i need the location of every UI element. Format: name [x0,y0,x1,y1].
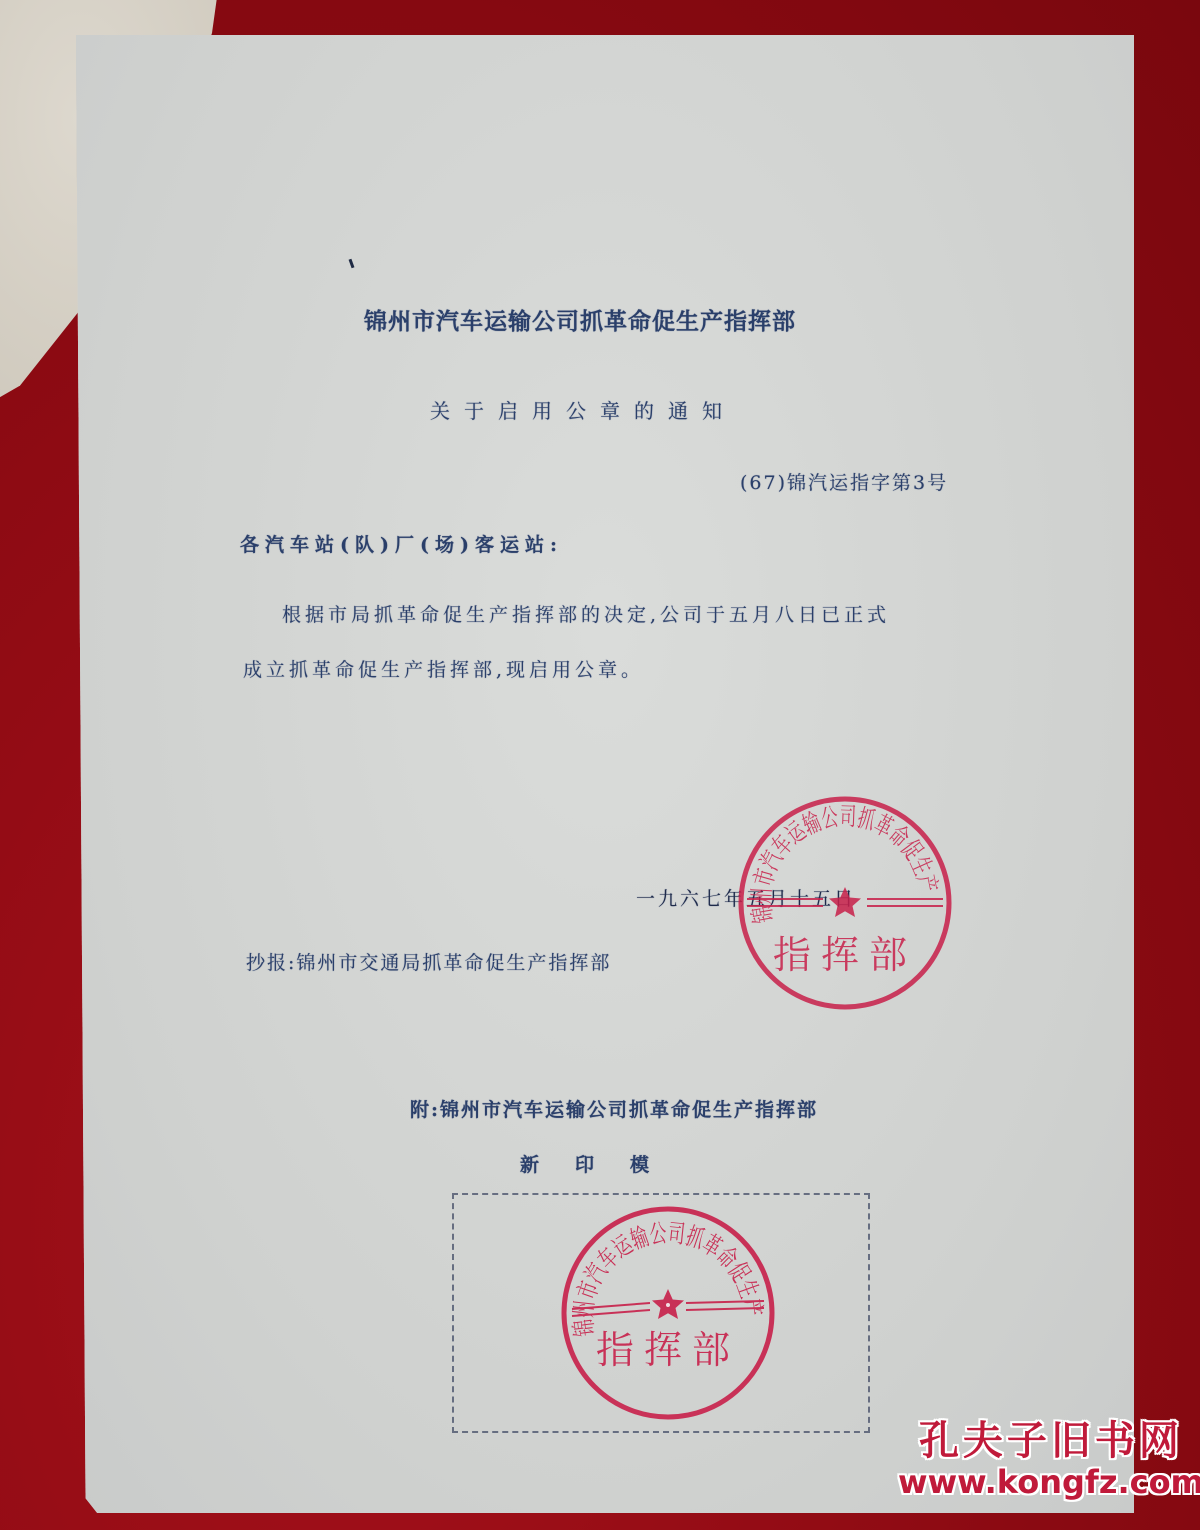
attachment-line: 附:锦州市汽车运输公司抓革命促生产指挥部 [410,1095,818,1122]
seal-sample-label: 新印模 [520,1150,685,1177]
seal-bottom-text: 指挥部 [773,933,917,977]
body-text-line-1: 根据市局抓革命促生产指挥部的决定,公司于五月八日已正式 [282,600,890,627]
seal-sample-impression: 锦州市汽车运输公司抓革命促生产 指挥部 [558,1203,778,1423]
seal-bottom-text: 指挥部 [596,1328,740,1372]
watermark-url: www.kongfz.com [898,1464,1200,1500]
cc-line: 抄报:锦州市交通局抓革命促生产指挥部 [246,948,611,975]
watermark-name: 孔夫子旧书网 [898,1418,1200,1464]
notice-title: 关于启用公章的通知 [430,395,736,424]
official-seal: 锦州市汽车运输公司抓革命促生产 指挥部 [735,793,955,1013]
body-text-line-2: 成立抓革命促生产指挥部,现启用公章。 [243,655,644,682]
issuer-header: 锦州市汽车运输公司抓革命促生产指挥部 [364,303,796,336]
star-icon [829,887,861,917]
addressee-line: 各汽车站(队)厂(场)客运站: [240,530,563,557]
document-number: (67)锦汽运指字第3号 [740,468,948,495]
watermark: 孔夫子旧书网 www.kongfz.com [898,1418,1200,1500]
